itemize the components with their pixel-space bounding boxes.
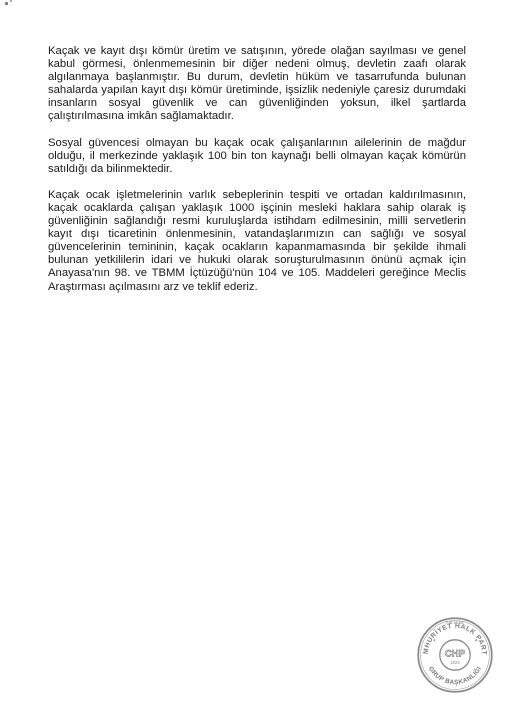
stamp-year-text: 1923 xyxy=(450,660,460,665)
stamp-top-text: T.B.M.M. xyxy=(446,620,465,626)
paragraph-2: Sosyal güvencesi olmayan bu kaçak ocak ç… xyxy=(48,137,466,176)
stamp-star-left-icon: ★ xyxy=(433,637,437,642)
scan-corner-mark xyxy=(5,2,8,5)
stamp-star-right-icon: ★ xyxy=(474,637,478,642)
party-group-stamp: CUMHURİYET HALK PARTİSİ GRUP BAŞKANLIĞI … xyxy=(415,615,495,695)
stamp-seal-icon: CUMHURİYET HALK PARTİSİ GRUP BAŞKANLIĞI … xyxy=(415,615,495,695)
paragraph-1: Kaçak ve kayıt dışı kömür üretim ve satı… xyxy=(48,45,466,124)
paragraph-3: Kaçak ocak işletmelerinin varlık sebeple… xyxy=(48,189,466,294)
document-body: Kaçak ve kayıt dışı kömür üretim ve satı… xyxy=(48,45,466,307)
stamp-logo-text: CHP xyxy=(445,649,466,660)
